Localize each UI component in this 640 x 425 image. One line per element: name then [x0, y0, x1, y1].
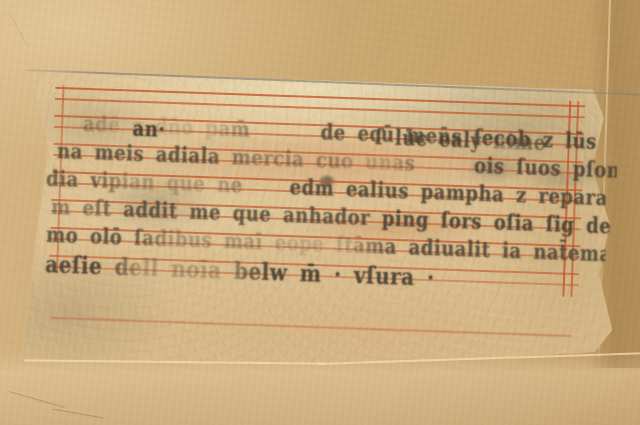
photo-of-wall-inscription: an·ſ lūc ealy nime adē z dn̄o pam̄ de ec… [0, 0, 640, 425]
inscription-text: an·ſ lūc ealy nime adē z dn̄o pam̄ de ec… [20, 70, 615, 370]
